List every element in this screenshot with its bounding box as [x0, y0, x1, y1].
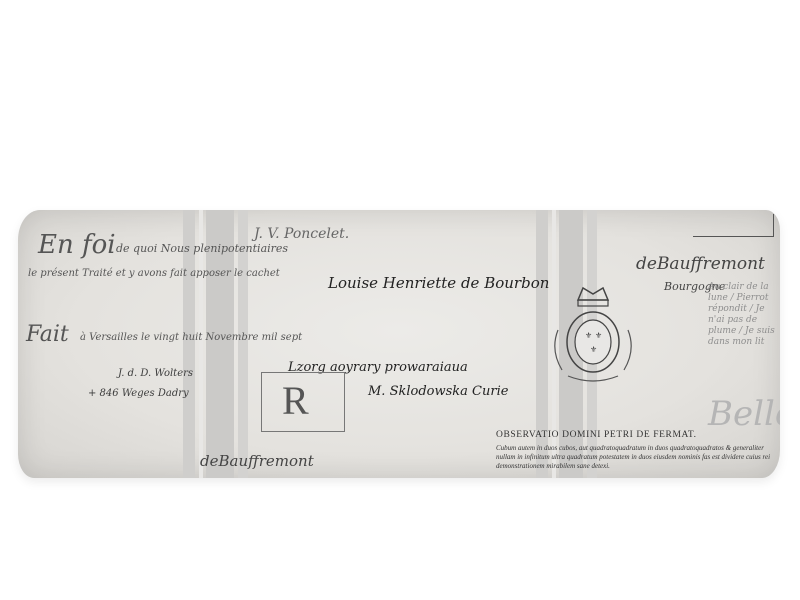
script-fait-rest: à Versailles le vingt huit Novembre mil … — [80, 332, 302, 343]
royal-crest-icon: ⚜ ⚜ ⚜ — [548, 280, 638, 390]
signature-1: J. d. D. Wolters — [118, 368, 193, 379]
svg-text:⚜: ⚜ — [590, 345, 597, 354]
signature-2: + 846 Weges Dadry — [88, 388, 189, 399]
monogram-letter: R — [282, 377, 309, 424]
script-poncelet: J. V. Poncelet. — [254, 226, 349, 242]
script-line-2: le présent Traité et y avons fait appose… — [28, 268, 280, 279]
signature-louise: Louise Henriette de Bourbon — [328, 274, 549, 292]
script-au-clair: Au clair de la lune / Pierrot répondit /… — [708, 282, 778, 348]
corner-line-art — [693, 214, 774, 237]
monogram-box: R — [261, 372, 345, 432]
signature-curie: M. Sklodowska Curie — [368, 384, 508, 399]
script-en-foi-rest: de quoi Nous plenipotentiaires — [116, 242, 288, 255]
fermat-paragraph: Cubum autem in duos cubos, aut quadratoq… — [496, 444, 776, 471]
script-debauffremont-bottom: deBauffremont — [200, 452, 314, 470]
pillow: En foi de quoi Nous plenipotentiaires le… — [18, 210, 780, 478]
svg-text:⚜: ⚜ — [585, 331, 592, 340]
svg-text:⚜: ⚜ — [595, 331, 602, 340]
script-fait: Fait — [26, 322, 69, 347]
fermat-heading: OBSERVATIO DOMINI PETRI DE FERMAT. — [496, 430, 697, 440]
script-debauffremont-top: deBauffremont — [636, 254, 765, 274]
script-bello-faint: Bello — [708, 394, 780, 434]
script-en-foi: En foi — [38, 230, 116, 260]
